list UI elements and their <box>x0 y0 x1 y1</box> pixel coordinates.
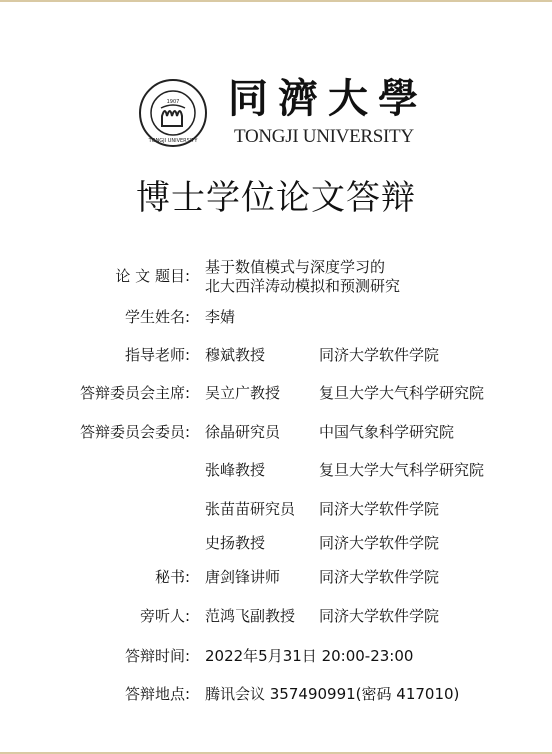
logo-english-name: TONGJI UNIVERSITY <box>234 126 414 148</box>
advisor-affiliation: 同济大学软件学院 <box>319 346 439 365</box>
university-emblem-icon: 1907 TONGJI UNIVERSITY <box>138 78 208 148</box>
members-label: 答辩委员会委员: <box>80 423 190 442</box>
advisor-name: 穆斌教授 <box>205 346 265 365</box>
defense-time: 2022年5月31日 20:00-23:00 <box>205 647 413 666</box>
thesis-title-label: 论 文 题目: <box>115 267 190 286</box>
advisor-label: 指导老师: <box>125 346 190 365</box>
top-border <box>0 0 552 2</box>
secretary-affiliation: 同济大学软件学院 <box>319 568 439 587</box>
auditor-label: 旁听人: <box>140 607 190 626</box>
student-name: 李婧 <box>205 308 235 327</box>
member-affiliation: 同济大学软件学院 <box>319 534 439 553</box>
defense-location: 腾讯会议 357490991(密码 417010) <box>205 685 459 704</box>
thesis-title-line2: 北大西洋涛动模拟和预测研究 <box>205 277 400 296</box>
auditor-name: 范鸿飞副教授 <box>205 607 295 626</box>
member-name: 徐晶研究员 <box>205 423 280 442</box>
member-affiliation: 同济大学软件学院 <box>319 500 439 519</box>
secretary-name: 唐剑锋讲师 <box>205 568 280 587</box>
page-title: 博士学位论文答辩 <box>0 176 552 220</box>
logo-chinese-name: 同濟大學 <box>228 76 428 122</box>
thesis-title-line1: 基于数值模式与深度学习的 <box>205 258 385 277</box>
location-label: 答辩地点: <box>125 685 190 704</box>
time-label: 答辩时间: <box>125 647 190 666</box>
member-name: 张峰教授 <box>205 461 265 480</box>
chair-name: 吴立广教授 <box>205 384 280 403</box>
member-affiliation: 中国气象科学研究院 <box>319 423 454 442</box>
member-name: 张苗苗研究员 <box>205 500 295 519</box>
chair-label: 答辩委员会主席: <box>80 384 190 403</box>
member-name: 史扬教授 <box>205 534 265 553</box>
svg-text:1907: 1907 <box>167 99 180 105</box>
university-logo: 1907 TONGJI UNIVERSITY 同濟大學 TONGJI UNIVE… <box>138 76 418 154</box>
student-label: 学生姓名: <box>125 308 190 327</box>
auditor-affiliation: 同济大学软件学院 <box>319 607 439 626</box>
svg-text:TONGJI UNIVERSITY: TONGJI UNIVERSITY <box>148 138 199 144</box>
member-affiliation: 复旦大学大气科学研究院 <box>319 461 484 480</box>
chair-affiliation: 复旦大学大气科学研究院 <box>319 384 484 403</box>
secretary-label: 秘书: <box>155 568 190 587</box>
